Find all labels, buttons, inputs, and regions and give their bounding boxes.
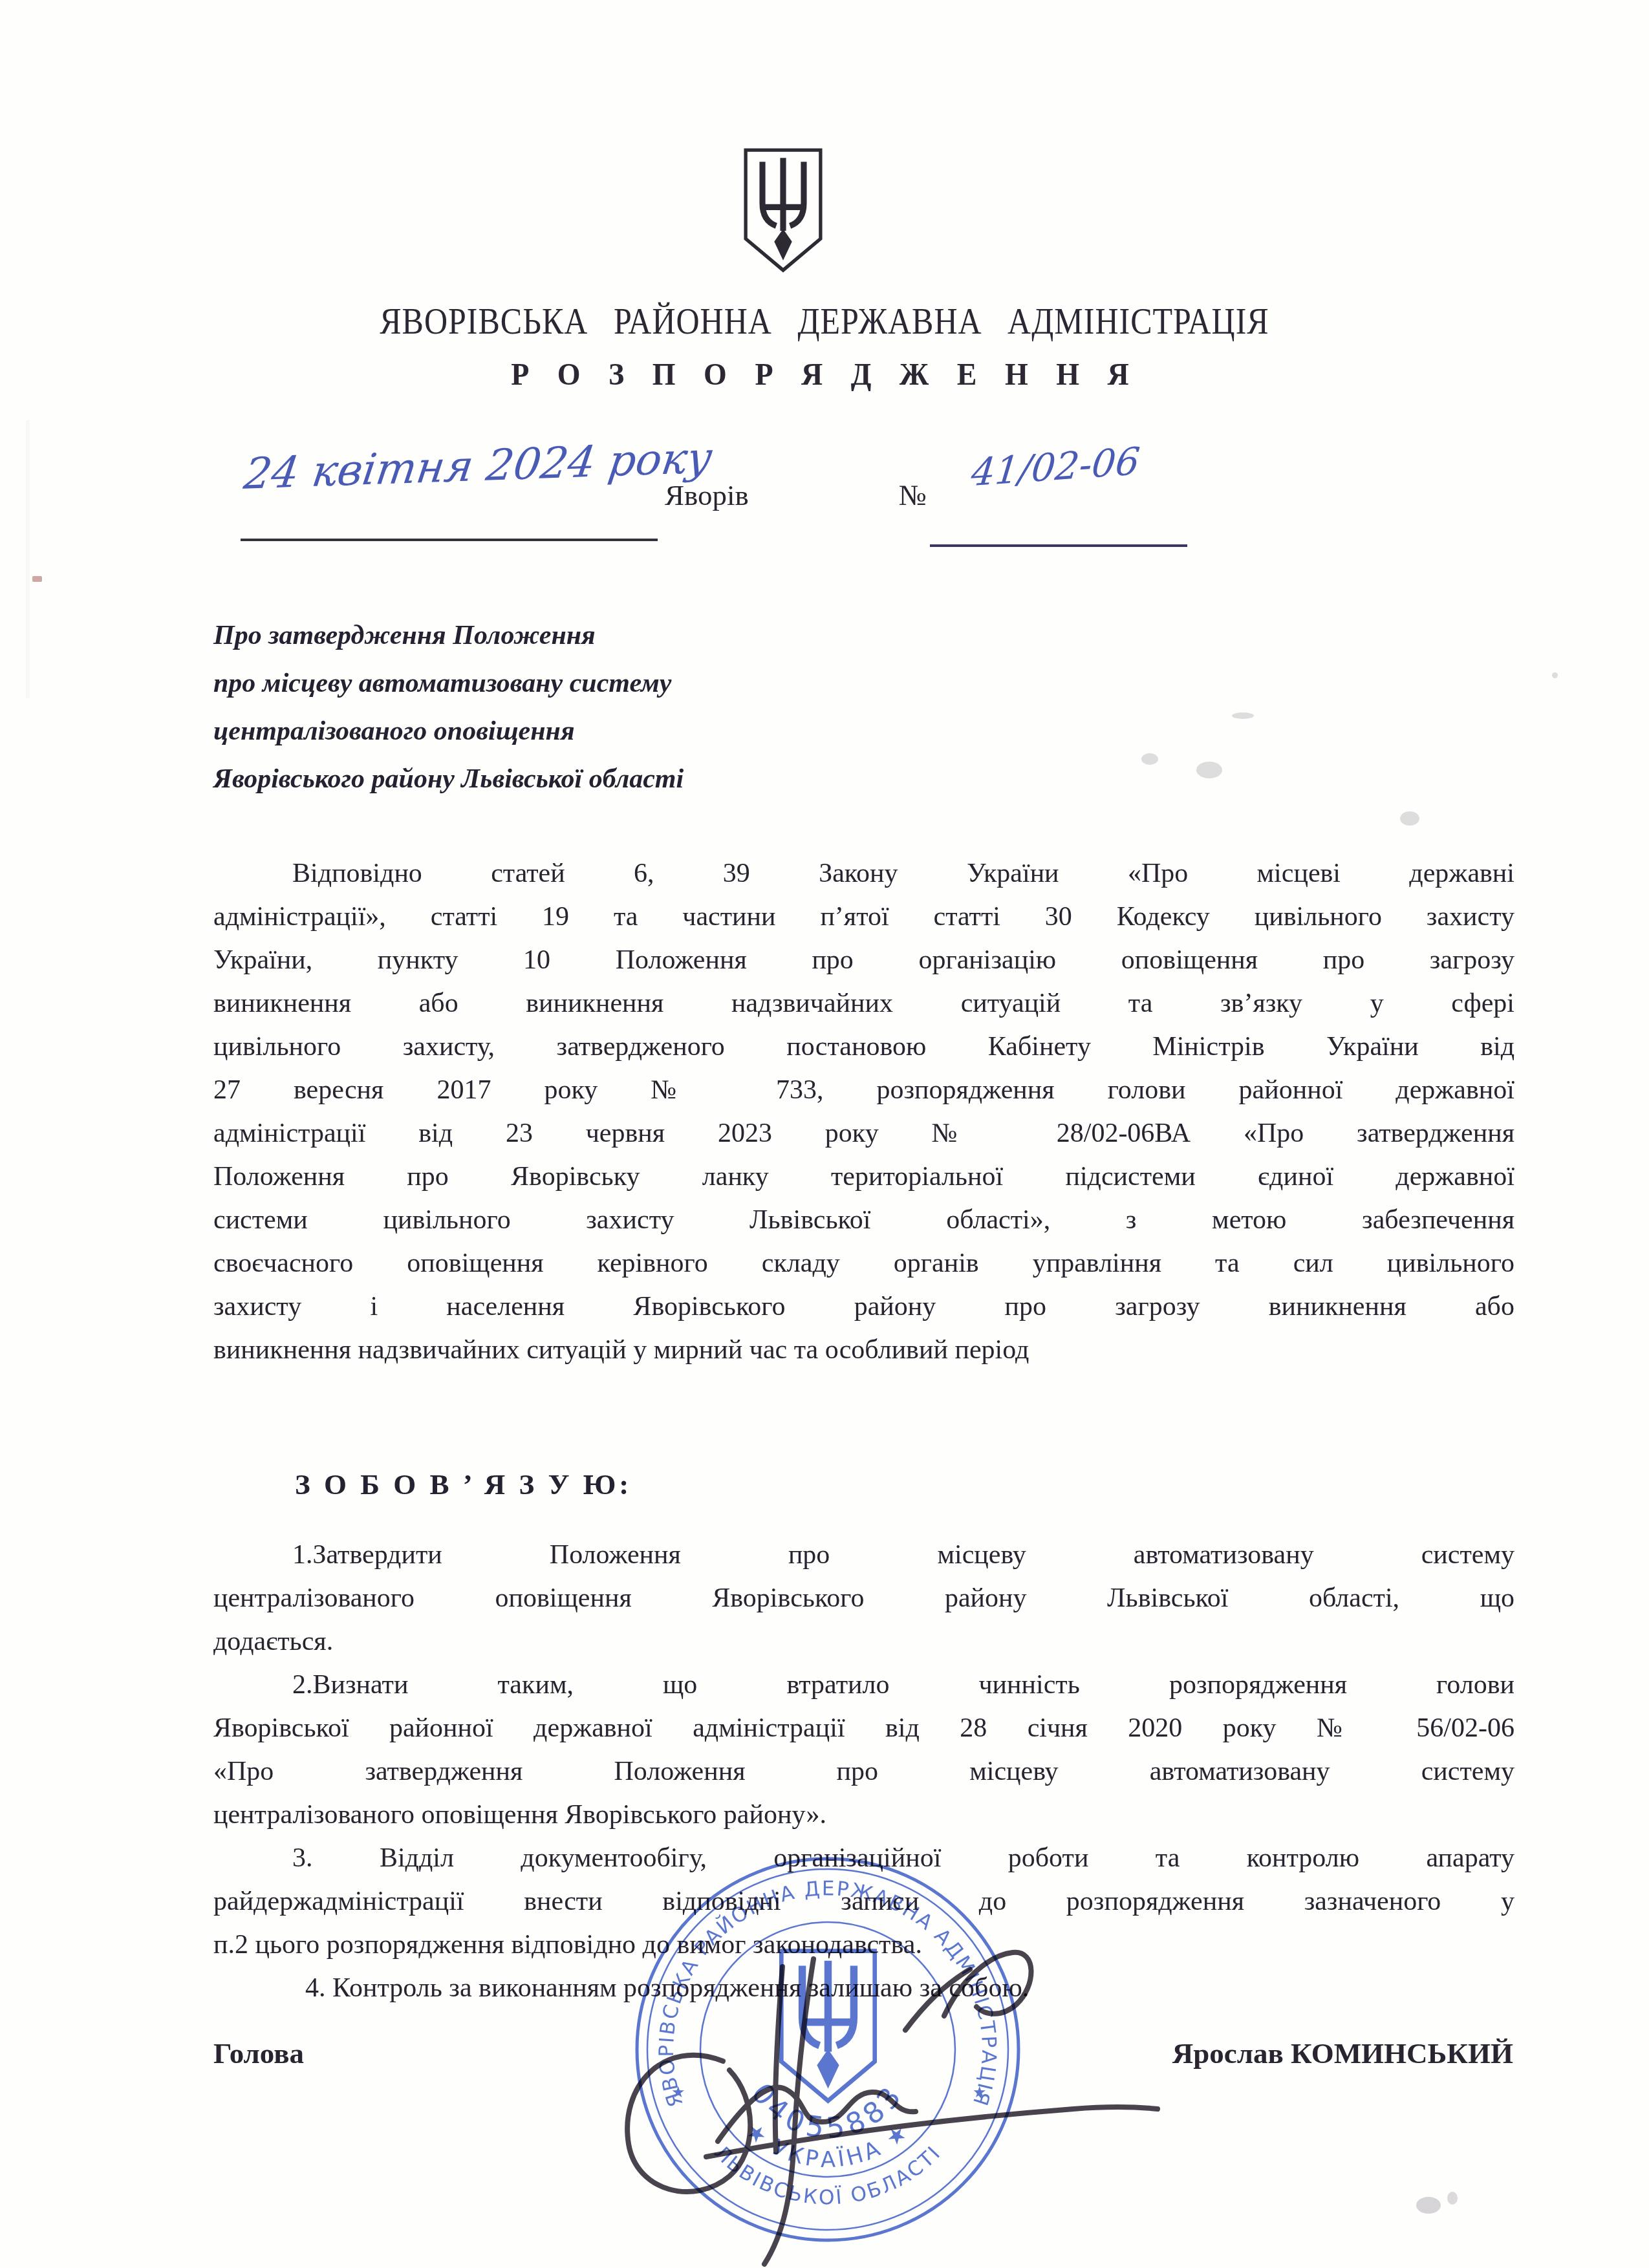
text-line: Положення про Яворівську ланку територіа… <box>213 1155 1514 1199</box>
scan-speck <box>1552 672 1558 678</box>
body-paragraph: Відповідно статей 6, 39 Закону України «… <box>213 852 1514 1372</box>
text-line: виникнення або виникнення надзвичайних с… <box>213 982 1514 1025</box>
text-line: 1.Затвердити Положення про місцеву автом… <box>213 1534 1514 1577</box>
text-line: України, пункту 10 Положення про організ… <box>213 939 1514 982</box>
text-line: 27 вересня 2017 року № 733, розпорядженн… <box>213 1069 1514 1112</box>
scanned-document-page: ЯВОРІВСЬКА РАЙОННА ДЕРЖАВНА АДМІНІСТРАЦІ… <box>0 0 1649 2268</box>
handwritten-date: 24 квітня 2024 року <box>241 433 716 499</box>
subject-block: Про затвердження Положенняпро місцеву ав… <box>213 612 847 803</box>
text-line: адміністрації від 23 червня 2023 року № … <box>213 1112 1514 1155</box>
text-line: захисту і населення Яворівського району … <box>213 1285 1514 1329</box>
signature-strokes <box>627 1952 1158 2264</box>
scan-red-mark-artifact <box>32 576 42 582</box>
scan-streak-artifact <box>26 420 30 698</box>
text-line: Яворівського району Львівської області <box>213 755 847 803</box>
position-title: Голова <box>213 2037 304 2070</box>
text-line: централізованого оповіщення Яворівського… <box>213 1577 1514 1620</box>
scan-speck <box>1196 762 1222 778</box>
number-sign-label: № <box>899 478 927 512</box>
text-line: виникнення надзвичайних ситуацій у мирни… <box>213 1329 1514 1372</box>
scan-speck <box>1400 811 1419 826</box>
handwritten-document-number: 41/02-06 <box>969 439 1142 495</box>
text-line: системи цивільного захисту Львівської об… <box>213 1199 1514 1242</box>
text-line: централізованого оповіщення Яворівського… <box>213 1793 1514 1837</box>
item-2: 2.Визнати таким, що втратило чинність ро… <box>213 1664 1514 1837</box>
scan-speck <box>1232 712 1254 719</box>
text-line: Про затвердження Положення <box>213 612 847 659</box>
text-line: адміністрації», статті 19 та частини п’я… <box>213 895 1514 939</box>
organization-name: ЯВОРІВСЬКА РАЙОННА ДЕРЖАВНА АДМІНІСТРАЦІ… <box>0 301 1649 343</box>
text-line: цивільного захисту, затвердженого постан… <box>213 1025 1514 1069</box>
scan-speck <box>1416 2197 1441 2214</box>
text-line: централізованого оповіщення <box>213 707 847 755</box>
text-line: Відповідно статей 6, 39 Закону України «… <box>213 852 1514 895</box>
text-line: додається. <box>213 1620 1514 1664</box>
date-underline <box>241 539 658 541</box>
scan-speck <box>1141 753 1158 765</box>
number-underline <box>930 544 1187 547</box>
document-type-title: Р О З П О Р Я Д Ж Е Н Н Я <box>0 356 1649 392</box>
text-line: своєчасного оповіщення керівного складу … <box>213 1242 1514 1285</box>
text-line: 2.Визнати таким, що втратило чинність ро… <box>213 1664 1514 1707</box>
oblige-heading: З О Б О В ’ Я З У Ю: <box>213 1468 1514 1501</box>
text-line: про місцеву автоматизовану систему <box>213 659 847 707</box>
item-1: 1.Затвердити Положення про місцеву автом… <box>213 1534 1514 1664</box>
text-line: Яворівської районної державної адміністр… <box>213 1707 1514 1750</box>
pen-signature <box>556 1927 1203 2268</box>
text-line: «Про затвердження Положення про місцеву … <box>213 1750 1514 1793</box>
scan-speck <box>1447 2192 1458 2205</box>
place-name: Яворів <box>665 478 749 512</box>
coat-of-arms-trident-icon <box>738 146 828 274</box>
